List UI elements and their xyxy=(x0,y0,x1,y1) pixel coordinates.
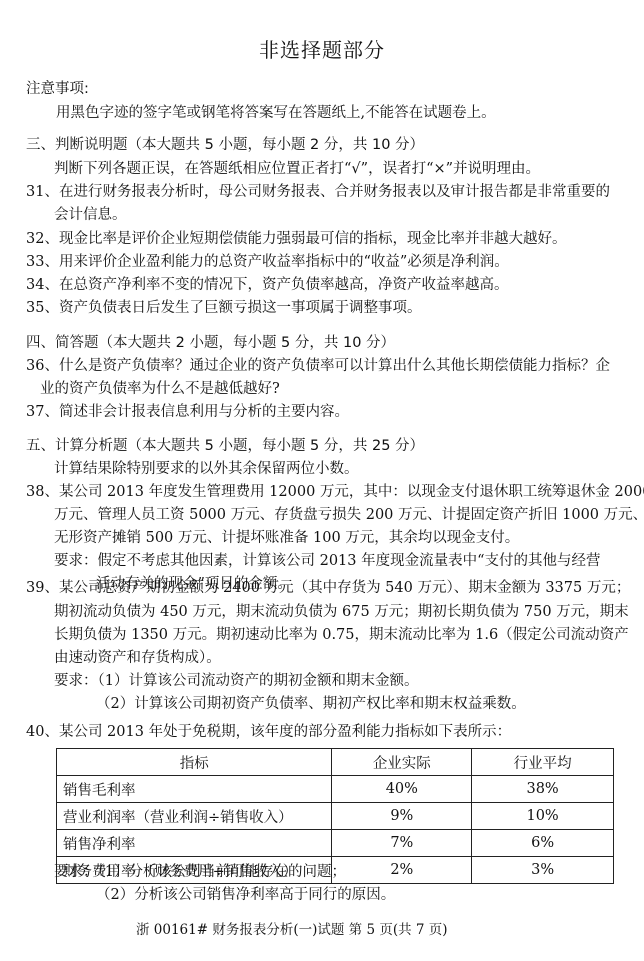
question-40-intro: 40、某公司 2013 年处于免税期，该年度的部分盈利能力指标如下表所示： xyxy=(26,722,511,742)
table-header-row: 指标 企业实际 行业平均 xyxy=(57,749,614,776)
question-37: 37、简述非会计报表信息利用与分析的主要内容。 xyxy=(26,402,349,422)
table-row: 营业利润率（营业利润÷销售收入） 9% 10% xyxy=(57,803,614,830)
question-40-requirement-1: 要求：（1）分析该公司当前可能存在的问题； xyxy=(54,862,346,882)
question-38-line3: 无形资产摊销 500 万元、计提坏账准备 100 万元，其余均以现金支付。 xyxy=(54,528,519,548)
question-36: 36、什么是资产负债率？通过企业的资产负债率可以计算出什么其他长期偿债能力指标？… xyxy=(26,356,610,376)
section5-instruction: 计算结果除特别要求的以外其余保留两位小数。 xyxy=(54,459,359,479)
notice-text: 用黑色字迹的签字笔或钢笔将答案写在答题纸上,不能答在试题卷上。 xyxy=(56,103,496,123)
section3-heading: 三、判断说明题（本大题共 5 小题，每小题 2 分，共 10 分） xyxy=(26,135,424,155)
question-36-cont: 业的资产负债率为什么不是越低越好? xyxy=(40,379,280,399)
table-cell-industry: 6% xyxy=(472,830,614,857)
table-row: 销售毛利率 40% 38% xyxy=(57,776,614,803)
question-38-requirement: 要求：假定不考虑其他因素，计算该公司 2013 年度现金流量表中“支付的其他与经… xyxy=(54,551,601,571)
question-33: 33、用来评价企业盈利能力的总资产收益率指标中的“收益”必须是净利润。 xyxy=(26,252,509,272)
table-cell-indicator: 营业利润率（营业利润÷销售收入） xyxy=(57,803,332,830)
table-header: 企业实际 xyxy=(332,749,472,776)
table-cell-actual: 9% xyxy=(332,803,472,830)
question-35: 35、资产负债表日后发生了巨额亏损这一事项属于调整事项。 xyxy=(26,298,421,318)
page-title: 非选择题部分 xyxy=(0,40,644,60)
question-39-line4: 由速动资产和存货构成）。 xyxy=(54,648,221,668)
table-cell-actual: 7% xyxy=(332,830,472,857)
question-39-requirement-2: （2）计算该公司期初资产负债率、期初产权比率和期末权益乘数。 xyxy=(96,694,526,714)
question-38-line2: 万元、管理人员工资 5000 万元、存货盘亏损失 200 万元、计提固定资产折旧… xyxy=(54,505,644,525)
table-cell-actual: 2% xyxy=(332,857,472,884)
table-header: 指标 xyxy=(57,749,332,776)
table-cell-industry: 3% xyxy=(472,857,614,884)
table-cell-actual: 40% xyxy=(332,776,472,803)
question-31: 31、在进行财务报表分析时，母公司财务报表、合并财务报表以及审计报告都是非常重要… xyxy=(26,182,610,202)
section3-instruction: 判断下列各题正误，在答题纸相应位置正者打“√”，误者打“×”并说明理由。 xyxy=(54,159,540,179)
section5-heading: 五、计算分析题（本大题共 5 小题，每小题 5 分，共 25 分） xyxy=(26,436,424,456)
table-cell-industry: 10% xyxy=(472,803,614,830)
page-footer: 浙 00161# 财务报表分析(一)试题 第 5 页(共 7 页) xyxy=(136,920,448,940)
question-31-cont: 会计信息。 xyxy=(54,205,127,225)
section4-heading: 四、简答题（本大题共 2 小题，每小题 5 分，共 10 分） xyxy=(26,333,395,353)
question-34: 34、在总资产净利率不变的情况下，资产负债率越高，净资产收益率越高。 xyxy=(26,275,508,295)
question-38-line1: 38、某公司 2013 年度发生管理费用 12000 万元，其中：以现金支付退休… xyxy=(26,482,644,502)
question-39-line2: 期初流动负债为 450 万元，期末流动负债为 675 万元；期初长期负债为 75… xyxy=(54,602,629,622)
question-32: 32、现金比率是评价企业短期偿债能力强弱最可信的指标，现金比率并非越大越好。 xyxy=(26,229,566,249)
table-header: 行业平均 xyxy=(472,749,614,776)
question-40-requirement-2: （2）分析该公司销售净利率高于同行的原因。 xyxy=(96,885,395,905)
question-39-line1: 39、某公司总资产期初金额为 2400 万元（其中存货为 540 万元）、期末金… xyxy=(26,578,630,598)
table-row: 销售净利率 7% 6% xyxy=(57,830,614,857)
question-39-line3: 长期负债为 1350 万元。期初速动比率为 0.75，期末流动比率为 1.6（假… xyxy=(54,625,629,645)
notice-heading: 注意事项: xyxy=(26,79,89,99)
table-cell-industry: 38% xyxy=(472,776,614,803)
table-cell-indicator: 销售净利率 xyxy=(57,830,332,857)
question-39-requirement-1: 要求：（1）计算该公司流动资产的期初金额和期末金额。 xyxy=(54,671,418,691)
table-cell-indicator: 销售毛利率 xyxy=(57,776,332,803)
